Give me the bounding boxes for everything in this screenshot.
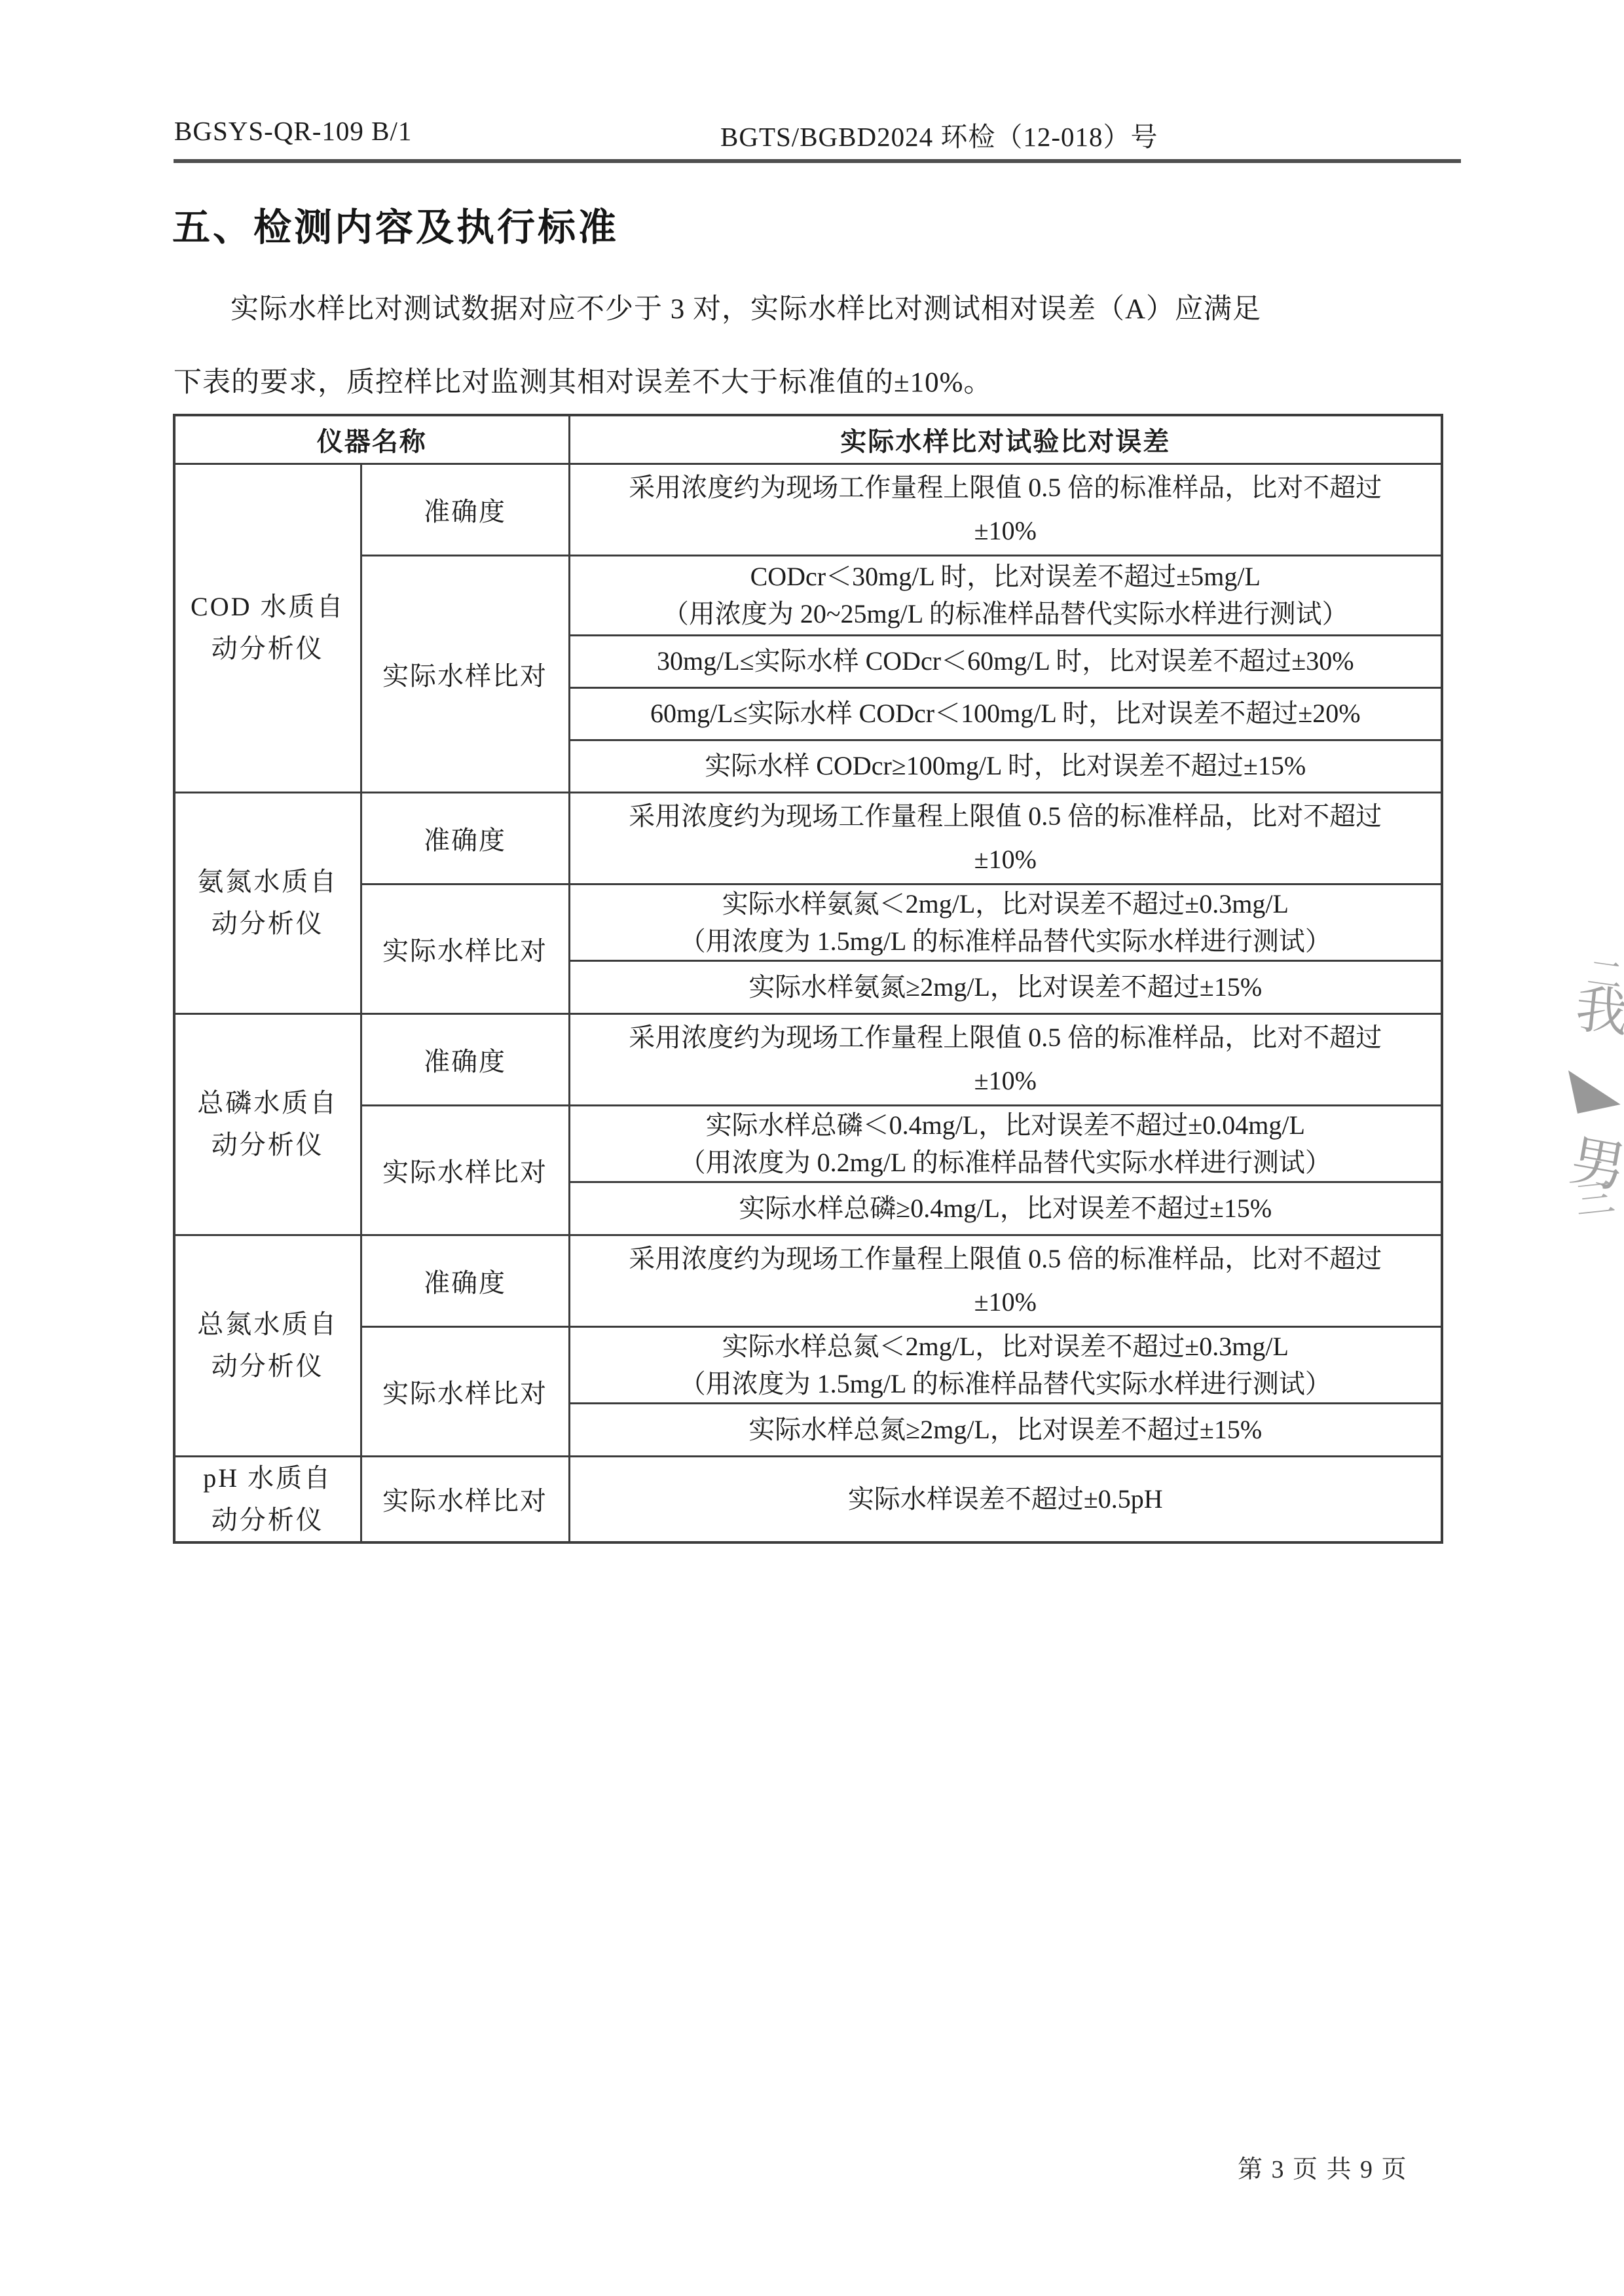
criteria-line: （用浓度为 20~25mg/L 的标准样品替代实际水样进行测试） [570, 595, 1441, 632]
table-row: 氨氮水质自 动分析仪 准确度 采用浓度约为现场工作量程上限值 0.5 倍的标准样… [174, 792, 1442, 884]
criteria-cell: 实际水样氨氮≥2mg/L，比对误差不超过±15% [569, 960, 1442, 1013]
criteria-cell: 实际水样总氮≥2mg/L，比对误差不超过±15% [569, 1403, 1442, 1456]
check-type-cell-sample-compare: 实际水样比对 [361, 555, 569, 792]
instrument-cell-cod: COD 水质自 动分析仪 [174, 464, 361, 792]
criteria-line: 采用浓度约为现场工作量程上限值 0.5 倍的标准样品，比对不超过 [570, 1237, 1441, 1281]
instrument-name-line: 动分析仪 [175, 1345, 360, 1387]
instrument-name-line: 动分析仪 [175, 1124, 360, 1166]
document-code: BGSYS-QR-109 B/1 [174, 115, 412, 147]
criteria-cell: 实际水样 CODcr≥100mg/L 时，比对误差不超过±15% [569, 740, 1442, 792]
criteria-cell: 30mg/L≤实际水样 CODcr＜60mg/L 时，比对误差不超过±30% [569, 635, 1442, 687]
criteria-line: 实际水样总氮＜2mg/L，比对误差不超过±0.3mg/L [570, 1328, 1441, 1365]
criteria-cell: 60mg/L≤实际水样 CODcr＜100mg/L 时，比对误差不超过±20% [569, 687, 1442, 740]
criteria-line: 实际水样 CODcr≥100mg/L 时，比对误差不超过±15% [570, 752, 1441, 780]
criteria-cell: CODcr＜30mg/L 时，比对误差不超过±5mg/L （用浓度为 20~25… [569, 555, 1442, 635]
table-row: 实际水样比对 实际水样总氮＜2mg/L，比对误差不超过±0.3mg/L （用浓度… [174, 1326, 1442, 1403]
criteria-line: 实际水样总氮≥2mg/L，比对误差不超过±15% [570, 1415, 1441, 1444]
criteria-cell: 实际水样氨氮＜2mg/L，比对误差不超过±0.3mg/L （用浓度为 1.5mg… [569, 884, 1442, 960]
check-type-cell-accuracy: 准确度 [361, 792, 569, 884]
criteria-line: ±10% [570, 509, 1441, 553]
instrument-cell-ammonia: 氨氮水质自 动分析仪 [174, 792, 361, 1013]
check-type-cell-accuracy: 准确度 [361, 1013, 569, 1105]
criteria-line: 实际水样氨氮＜2mg/L，比对误差不超过±0.3mg/L [570, 885, 1441, 922]
comparison-error-header-cell: 实际水样比对试验比对误差 [569, 415, 1442, 464]
instrument-name-line: 动分析仪 [175, 628, 360, 670]
instrument-name-line: 总氮水质自 [175, 1303, 360, 1345]
instrument-cell-total-phosphorus: 总磷水质自 动分析仪 [174, 1013, 361, 1235]
table-row: 总磷水质自 动分析仪 准确度 采用浓度约为现场工作量程上限值 0.5 倍的标准样… [174, 1013, 1442, 1105]
check-type-cell-accuracy: 准确度 [361, 464, 569, 555]
section-title: 五、检测内容及执行标准 [172, 196, 619, 251]
report-number: BGTS/BGBD2024 环检（12-018）号 [720, 115, 1158, 154]
intro-paragraph-line-2: 下表的要求，质控样比对监测其相对误差不大于标准值的±10%。 [174, 360, 992, 400]
criteria-line: ±10% [570, 1059, 1441, 1102]
criteria-line: CODcr＜30mg/L 时，比对误差不超过±5mg/L [570, 558, 1441, 595]
margin-stamp-mark: ◣ [1566, 1051, 1622, 1117]
instrument-cell-ph: pH 水质自 动分析仪 [174, 1456, 361, 1542]
criteria-line: 60mg/L≤实际水样 CODcr＜100mg/L 时，比对误差不超过±20% [570, 699, 1441, 728]
instrument-name-line: 动分析仪 [175, 903, 360, 945]
criteria-line: 实际水样总磷＜0.4mg/L，比对误差不超过±0.04mg/L [570, 1106, 1441, 1144]
document-page: BGSYS-QR-109 B/1 BGTS/BGBD2024 环检（12-018… [0, 0, 1624, 2296]
intro-paragraph-line-1: 实际水样比对测试数据对应不少于 3 对，实际水样比对测试相对误差（A）应满足 [231, 287, 1261, 327]
criteria-line: 实际水样误差不超过±0.5pH [570, 1485, 1441, 1514]
table-row: 实际水样比对 实际水样总磷＜0.4mg/L，比对误差不超过±0.04mg/L （… [174, 1105, 1442, 1182]
criteria-line: （用浓度为 1.5mg/L 的标准样品替代实际水样进行测试） [570, 922, 1441, 960]
check-type-cell-sample-compare: 实际水样比对 [361, 1326, 569, 1456]
criteria-line: 30mg/L≤实际水样 CODcr＜60mg/L 时，比对误差不超过±30% [570, 647, 1441, 676]
table-row: 实际水样比对 CODcr＜30mg/L 时，比对误差不超过±5mg/L （用浓度… [174, 555, 1442, 635]
table-row: 总氮水质自 动分析仪 准确度 采用浓度约为现场工作量程上限值 0.5 倍的标准样… [174, 1235, 1442, 1326]
instrument-name-header-cell: 仪器名称 [174, 415, 569, 464]
table-header-row: 仪器名称 实际水样比对试验比对误差 [174, 415, 1442, 464]
criteria-line: （用浓度为 1.5mg/L 的标准样品替代实际水样进行测试） [570, 1365, 1441, 1402]
table-row: 实际水样比对 实际水样氨氮＜2mg/L，比对误差不超过±0.3mg/L （用浓度… [174, 884, 1442, 960]
instrument-name-line: pH 水质自 [175, 1457, 360, 1499]
check-type-cell-accuracy: 准确度 [361, 1235, 569, 1326]
instrument-name-line: 总磷水质自 [175, 1082, 360, 1124]
criteria-line: 实际水样氨氮≥2mg/L，比对误差不超过±15% [570, 973, 1441, 1002]
header-divider-rule [174, 159, 1461, 163]
criteria-line: 采用浓度约为现场工作量程上限值 0.5 倍的标准样品，比对不超过 [570, 1016, 1441, 1059]
check-type-cell-sample-compare: 实际水样比对 [361, 1456, 569, 1542]
criteria-line: 实际水样总磷≥0.4mg/L，比对误差不超过±15% [570, 1194, 1441, 1223]
criteria-line: 采用浓度约为现场工作量程上限值 0.5 倍的标准样品，比对不超过 [570, 795, 1441, 838]
check-type-cell-sample-compare: 实际水样比对 [361, 1105, 569, 1235]
instrument-name-line: 氨氮水质自 [175, 861, 360, 903]
margin-stamp-mark: 三 [1574, 1178, 1617, 1221]
instrument-cell-total-nitrogen: 总氮水质自 动分析仪 [174, 1235, 361, 1456]
table-row: COD 水质自 动分析仪 准确度 采用浓度约为现场工作量程上限值 0.5 倍的标… [174, 464, 1442, 555]
comparison-criteria-table: 仪器名称 实际水样比对试验比对误差 COD 水质自 动分析仪 准确度 采用浓度约… [173, 414, 1443, 1544]
instrument-name-line: 动分析仪 [175, 1499, 360, 1541]
criteria-cell: 实际水样总磷＜0.4mg/L，比对误差不超过±0.04mg/L （用浓度为 0.… [569, 1105, 1442, 1182]
criteria-line: ±10% [570, 838, 1441, 881]
criteria-cell: 实际水样总氮＜2mg/L，比对误差不超过±0.3mg/L （用浓度为 1.5mg… [569, 1326, 1442, 1403]
table-row: pH 水质自 动分析仪 实际水样比对 实际水样误差不超过±0.5pH [174, 1456, 1442, 1542]
instrument-name-line: COD 水质自 [175, 586, 360, 628]
margin-stamp-mark: 我 [1573, 983, 1624, 1041]
criteria-line: ±10% [570, 1281, 1441, 1324]
criteria-cell: 采用浓度约为现场工作量程上限值 0.5 倍的标准样品，比对不超过 ±10% [569, 1235, 1442, 1326]
criteria-cell: 采用浓度约为现场工作量程上限值 0.5 倍的标准样品，比对不超过 ±10% [569, 1013, 1442, 1105]
criteria-cell: 采用浓度约为现场工作量程上限值 0.5 倍的标准样品，比对不超过 ±10% [569, 792, 1442, 884]
criteria-cell: 实际水样误差不超过±0.5pH [569, 1456, 1442, 1542]
check-type-cell-sample-compare: 实际水样比对 [361, 884, 569, 1013]
criteria-cell: 实际水样总磷≥0.4mg/L，比对误差不超过±15% [569, 1182, 1442, 1235]
page-number: 第 3 页 共 9 页 [1238, 2149, 1401, 2185]
criteria-line: 采用浓度约为现场工作量程上限值 0.5 倍的标准样品，比对不超过 [570, 466, 1441, 509]
criteria-cell: 采用浓度约为现场工作量程上限值 0.5 倍的标准样品，比对不超过 ±10% [569, 464, 1442, 555]
criteria-line: （用浓度为 0.2mg/L 的标准样品替代实际水样进行测试） [570, 1144, 1441, 1181]
